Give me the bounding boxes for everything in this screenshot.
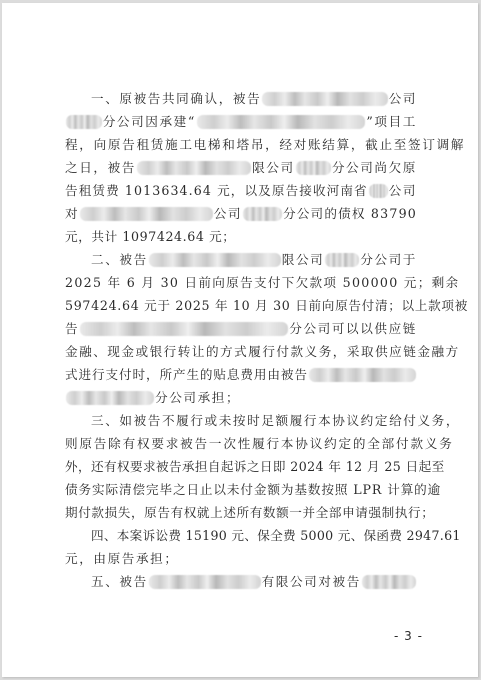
text: 之日，被告 [65,158,136,178]
text: 限公司 [252,158,295,178]
text: 公司 [389,181,417,201]
paragraph-1-line-2: 分公司因承建“ ”项目工 [65,112,417,132]
paragraph-1-line-1: 一、原被告共同确认，被告 公司 [91,89,417,109]
redacted-company-name [362,575,416,589]
text: 债务实际清偿完毕之日止以未付金额为基数按照 LPR 计算的逾 [65,480,441,500]
paragraph-4-line-2: 元，由原告承担； [65,549,417,569]
redacted-company-name [369,184,388,198]
text: 有限公司对被告 [262,572,361,592]
text: 告 [65,319,79,339]
text: 程，向原告租赁施工电梯和塔吊，经对账结算，截止至签订调解 [65,135,465,155]
paragraph-1-line-5: 告租赁费 1013634.64 元，以及原告接收河南省 公司 [65,181,417,201]
paragraph-2-line-3: 597424.64 元于 2025 年 10 月 30 日前向原告付清；以上款项… [65,296,417,316]
redacted-company-name [309,368,416,382]
paragraph-1-line-7: 元，共计 1097424.64 元； [65,227,417,247]
text: 分公司可以以供应链 [289,319,417,339]
text: 597424.64 元于 2025 年 10 月 30 日前向原告付清；以上款项… [65,296,468,316]
text: 式进行支付时，所产生的贴息费用由被告 [65,365,308,385]
text: 五、被告 [91,572,148,592]
paragraph-3-line-4: 债务实际清偿完毕之日止以未付金额为基数按照 LPR 计算的逾 [65,480,417,500]
paragraph-3-line-3: 外，还有权要求被告承担自起诉之日即 2024 年 12 月 25 日起至 [65,457,417,477]
redacted-branch-name [296,161,331,175]
text: 分公司于 [360,250,417,270]
text: 对 [65,204,79,224]
paragraph-2-line-2: 2025 年 6 月 30 日前向原告支付下欠款项 500000 元；剩余 [65,273,417,293]
paragraph-2-line-1: 二、被告 限公司 分公司于 [91,250,417,270]
paragraph-2-line-5: 金融、现金或银行转让的方式履行付款义务，采取供应链金融方 [65,342,417,362]
paragraph-3-line-2: 则原告除有权要求被告一次性履行本协议约定的全部付款义务 [65,434,417,454]
redacted-company-name [66,391,154,405]
redacted-branch-name [243,207,282,221]
redacted-company-name [149,575,261,589]
text: 外，还有权要求被告承担自起诉之日即 2024 年 12 月 25 日起至 [65,457,445,477]
text: 三、如被告不履行或未按时足额履行本协议约定给付义务， [91,411,460,431]
paragraph-2-line-6: 式进行支付时，所产生的贴息费用由被告 [65,365,417,385]
redacted-company-name [149,253,281,267]
page-number: - 3 - [394,629,423,643]
text: ”项目工 [366,112,417,132]
text: 分公司的债权 83790 [283,204,417,224]
text: 分公司尚欠原 [332,158,417,178]
redacted-project-name [197,115,365,129]
text: 公司 [214,204,242,224]
paragraph-2-line-7: 分公司承担； [65,388,417,408]
document-page: 一、原被告共同确认，被告 公司 分公司因承建“ ”项目工 程，向原告租赁施工电梯… [2,3,478,677]
paragraph-1-line-6: 对 公司 分公司的债权 83790 [65,204,417,224]
paragraph-3-line-1: 三、如被告不履行或未按时足额履行本协议约定给付义务， [91,411,417,431]
redacted-company-name [80,322,288,336]
text: 分公司因承建“ [103,112,196,132]
text: 一、原被告共同确认，被告 [91,89,261,109]
paragraph-1-line-4: 之日，被告 限公司 分公司尚欠原 [65,158,417,178]
redacted-branch-name [66,115,102,129]
text: 期付款损失，原告有权就上述所有数额一并全部申请强制执行； [65,503,434,523]
text: 元，共计 1097424.64 元； [65,227,236,247]
paragraph-5-line-1: 五、被告 有限公司对被告 [91,572,417,592]
paragraph-3-line-5: 期付款损失，原告有权就上述所有数额一并全部申请强制执行； [65,503,417,523]
text: 分公司承担； [155,388,240,408]
text: 告租赁费 1013634.64 元，以及原告接收河南省 [65,181,368,201]
redacted-branch-name [325,253,359,267]
redacted-company-name [137,161,251,175]
text: 公司 [389,89,417,109]
text: 2025 年 6 月 30 日前向原告支付下欠款项 500000 元；剩余 [65,273,459,293]
text: 四、本案诉讼费 15190 元、保全费 5000 元、保函费 2947.61 [91,526,461,546]
redacted-company-name [262,92,387,106]
paragraph-4-line-1: 四、本案诉讼费 15190 元、保全费 5000 元、保函费 2947.61 [91,526,417,546]
text: 元，由原告承担； [65,549,179,569]
text: 则原告除有权要求被告一次性履行本协议约定的全部付款义务 [65,434,454,454]
paragraph-1-line-3: 程，向原告租赁施工电梯和塔吊，经对账结算，截止至签订调解 [65,135,417,155]
redacted-company-name [80,207,213,221]
text: 二、被告 [91,250,148,270]
text: 限公司 [282,250,325,270]
text: 金融、现金或银行转让的方式履行付款义务，采取供应链金融方 [65,342,460,362]
paragraph-2-line-4: 告 分公司可以以供应链 [65,319,417,339]
